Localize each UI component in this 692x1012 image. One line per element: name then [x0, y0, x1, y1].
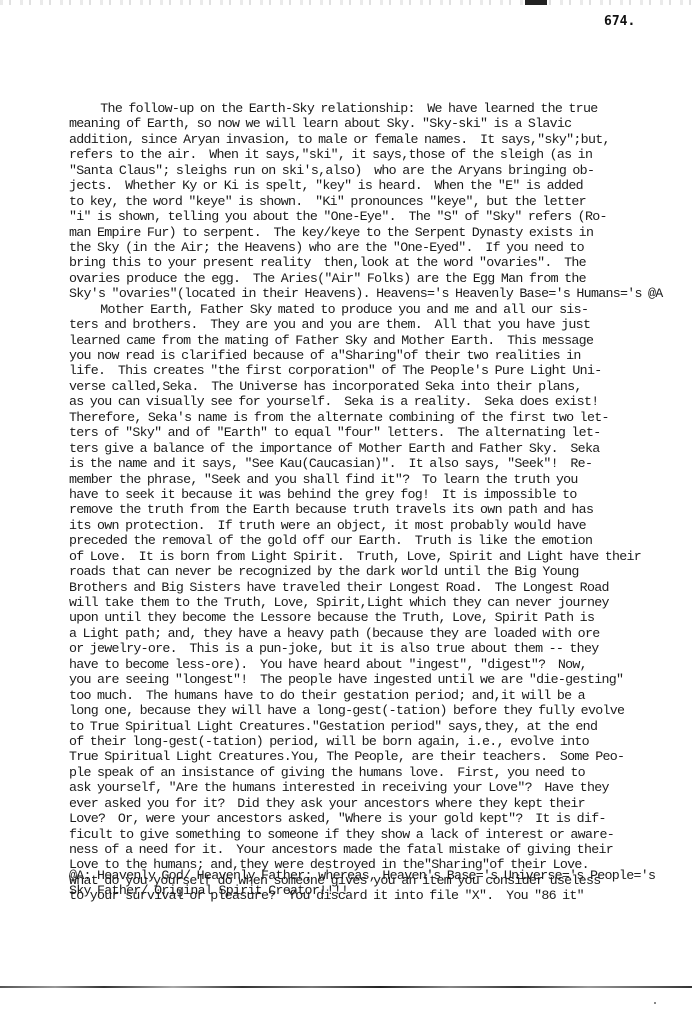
text-line: learned came from the mating of Father S… — [69, 333, 692, 348]
text-line: long one, because they will have a long-… — [69, 703, 692, 718]
text-line: too much. The humans have to do their ge… — [69, 688, 692, 703]
text-line: upon until they become the Lessore becau… — [69, 610, 692, 625]
text-line: ask yourself, "Are the humans interested… — [69, 780, 692, 795]
text-line: you are seeing "longest"! The people hav… — [69, 672, 692, 687]
text-line: refers to the air. When it says,"ski", i… — [69, 147, 692, 162]
text-line: verse called,Seka. The Universe has inco… — [69, 379, 692, 394]
text-line: "i" is shown, telling you about the "One… — [69, 209, 692, 224]
text-line: meaning of Earth, so now we will learn a… — [69, 116, 692, 131]
body-text: The follow-up on the Earth-Sky relations… — [69, 101, 692, 904]
text-line: of their long-gest(-tation) period, will… — [69, 734, 692, 749]
text-line: Brothers and Big Sisters have traveled t… — [69, 580, 692, 595]
text-line: to True Spiritual Light Creatures."Gesta… — [69, 719, 692, 734]
text-line: a Light path; and, they have a heavy pat… — [69, 626, 692, 641]
text-line: have to become less-ore). You have heard… — [69, 657, 692, 672]
text-line: ple speak of an insistance of giving the… — [69, 765, 692, 780]
text-line: ever asked you for it? Did they ask your… — [69, 796, 692, 811]
text-line: man Empire Fur) to serpent. The key/keye… — [69, 225, 692, 240]
text-line: bring this to your present reality then,… — [69, 255, 692, 270]
text-line: ness of a need for it. Your ancestors ma… — [69, 842, 692, 857]
text-line: roads that can never be recognized by th… — [69, 564, 692, 579]
text-line: The follow-up on the Earth-Sky relations… — [69, 101, 692, 116]
text-line: "Santa Claus"; sleighs run on ski's,also… — [69, 163, 692, 178]
text-line: Therefore, Seka's name is from the alter… — [69, 410, 692, 425]
text-line: member the phrase, "Seek and you shall f… — [69, 472, 692, 487]
text-line: to key, the word "keye" is shown. "Ki" p… — [69, 194, 692, 209]
text-line: you now read is clarified because of a"S… — [69, 348, 692, 363]
text-line: or jewelry-ore. This is a pun-joke, but … — [69, 641, 692, 656]
page-number: 674. — [604, 14, 635, 29]
text-line: jects. Whether Ky or Ki is spelt, "key" … — [69, 178, 692, 193]
text-line: will take them to the Truth, Love, Spiri… — [69, 595, 692, 610]
text-line: remove the truth from the Earth because … — [69, 502, 692, 517]
text-line: Sky's "ovaries"(located in their Heavens… — [69, 286, 692, 301]
footnote: @A: Heavenly God/ Heavenly Father; where… — [69, 868, 692, 899]
text-line: preceded the removal of the gold off our… — [69, 533, 692, 548]
text-line: Love? Or, were your ancestors asked, "Wh… — [69, 811, 692, 826]
text-line: of Love. It is born from Light Spirit. T… — [69, 549, 692, 564]
scan-noise-top — [0, 0, 692, 5]
scan-speck — [654, 1002, 656, 1004]
footnote-line: Sky Father/ Original Spirit Creator!!!! — [69, 883, 692, 898]
text-line: addition, since Aryan invasion, to male … — [69, 132, 692, 147]
text-line: ters of "Sky" and of "Earth" to equal "f… — [69, 425, 692, 440]
text-line: its own protection. If truth were an obj… — [69, 518, 692, 533]
text-line: ficult to give something to someone if t… — [69, 827, 692, 842]
scan-blot — [525, 0, 547, 5]
text-line: ters and brothers. They are you and you … — [69, 317, 692, 332]
text-line: life. This creates "the first corporatio… — [69, 363, 692, 378]
text-line: Mother Earth, Father Sky mated to produc… — [69, 302, 692, 317]
text-line: have to seek it because it was behind th… — [69, 487, 692, 502]
text-line: as you can visually see for yourself. Se… — [69, 394, 692, 409]
text-line: the Sky (in the Air; the Heavens) who ar… — [69, 240, 692, 255]
text-line: ters give a balance of the importance of… — [69, 441, 692, 456]
text-line: is the name and it says, "See Kau(Caucas… — [69, 456, 692, 471]
footnote-line: @A: Heavenly God/ Heavenly Father; where… — [69, 868, 692, 883]
bottom-rule — [0, 986, 692, 988]
text-line: True Spiritual Light Creatures.You, The … — [69, 749, 692, 764]
text-line: ovaries produce the egg. The Aries("Air"… — [69, 271, 692, 286]
